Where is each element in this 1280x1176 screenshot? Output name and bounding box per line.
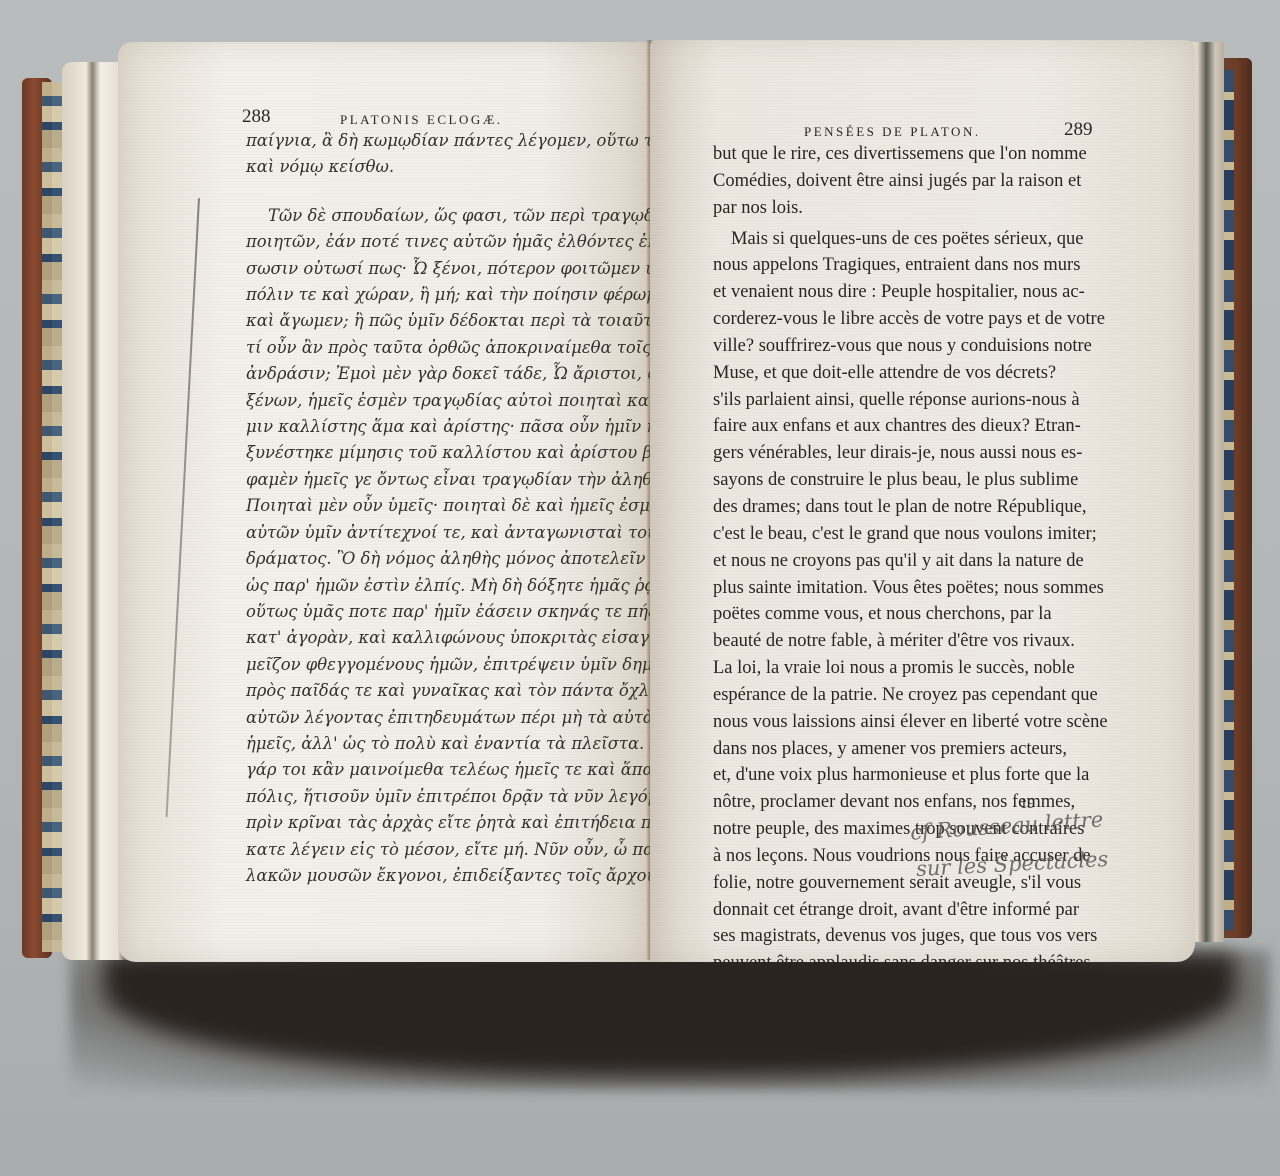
text-line: ses magistrats, devenus vos juges, que t… [713, 923, 1089, 950]
text-line: τί οὖν ἂν πρὸς ταῦτα ὀρθῶς ἀποκριναίμεθα… [246, 335, 644, 361]
text-line: peuvent être applaudis sans danger sur n… [713, 950, 1089, 977]
text-line: πρὸς παῖδάς τε καὶ γυναῖκας καὶ τὸν πάντ… [246, 678, 644, 704]
text-line: des drames; dans tout le plan de notre R… [713, 494, 1089, 521]
text-line [246, 181, 644, 203]
text-line: αὐτῶν ὑμῖν ἀντίτεχνοί τε, καὶ ἀνταγωνιστ… [246, 520, 644, 546]
text-line: Ποιηταὶ μὲν οὖν ὑμεῖς· ποιηταὶ δὲ καὶ ἡμ… [246, 493, 644, 519]
text-line: γάρ τοι κἂν μαινοίμεθα τελέως ἡμεῖς τε κ… [246, 757, 644, 783]
handwritten-line-1: cf Rousseau lettre [909, 807, 1104, 844]
text-line: ὡς παρ' ἡμῶν ἐστὶν ἐλπίς. Μὴ δὴ δόξητε ἡ… [246, 573, 644, 599]
text-line: Mais si quelques-uns de ces poëtes série… [713, 226, 1089, 253]
text-line: et venaient nous dire : Peuple hospitali… [713, 279, 1089, 306]
text-line: μιν καλλίστης ἅμα καὶ ἀρίστης· πᾶσα οὖν … [246, 414, 644, 440]
text-line: οὕτως ὑμᾶς ποτε παρ' ἡμῖν ἐάσειν σκηνάς … [246, 599, 644, 625]
left-marbled-board [42, 82, 64, 952]
text-line: αὐτῶν λέγοντας ἐπιτηδευμάτων πέρι μὴ τὰ … [246, 705, 644, 731]
text-line: ποιητῶν, ἐάν ποτέ τινες αὐτῶν ἡμᾶς ἐλθόν… [246, 229, 644, 255]
text-line: espérance de la patrie. Ne croyez pas ce… [713, 682, 1089, 709]
text-line: σωσιν οὑτωσί πως· Ὦ ξένοι, πότερον φοιτῶ… [246, 256, 644, 282]
text-line: μεῖζον φθεγγομένους ἡμῶν, ἐπιτρέψειν ὑμῖ… [246, 652, 644, 678]
text-line: δράματος. Ὃ δὴ νόμος ἀληθὴς μόνος ἀποτελ… [246, 546, 644, 572]
text-line: Comédies, doivent être ainsi jugés par l… [713, 168, 1089, 195]
text-line: φαμὲν ἡμεῖς γε ὄντως εἶναι τραγῳδίαν τὴν… [246, 467, 644, 493]
text-line: faire aux enfans et aux chantres des die… [713, 413, 1089, 440]
text-line: καὶ νόμῳ κείσθω. [246, 154, 644, 180]
text-line: πρὶν κρῖναι τὰς ἀρχὰς εἴτε ῥητὰ καὶ ἐπιτ… [246, 810, 644, 836]
text-line: et, d'une voix plus harmonieuse et plus … [713, 762, 1089, 789]
text-line: nous vous laissions ainsi élever en libe… [713, 709, 1089, 736]
text-line: La loi, la vraie loi nous a promis le su… [713, 655, 1089, 682]
text-line: et nous ne croyons pas qu'il y ait dans … [713, 548, 1089, 575]
text-line: dans nos places, y amener vos premiers a… [713, 736, 1089, 763]
text-line: beauté de notre fable, à mériter d'être … [713, 628, 1089, 655]
text-line: Τῶν δὲ σπουδαίων, ὥς φασι, τῶν περὶ τραγ… [246, 203, 644, 229]
text-line: par nos lois. [713, 195, 1089, 222]
handwritten-line-2: sur les Spectacles [916, 847, 1109, 881]
text-line: poëtes comme vous, et nous cherchons, pa… [713, 601, 1089, 628]
text-line: καὶ ἄγωμεν; ἢ πῶς ὑμῖν δέδοκται περὶ τὰ … [246, 308, 644, 334]
text-line: κατε λέγειν εἰς τὸ μέσον, εἴτε μή. Νῦν ο… [246, 837, 644, 863]
left-folio: 288 [242, 106, 271, 128]
text-line: παίγνια, ἃ δὴ κωμῳδίαν πάντες λέγομεν, ο… [246, 128, 644, 154]
text-line: πόλιν τε καὶ χώραν, ἢ μή; καὶ τὴν ποίησι… [246, 282, 644, 308]
right-running-head: PENSÉES DE PLATON. [804, 124, 981, 140]
handwritten-pencil-note: cf Rousseau lettre sur les Spectacles [910, 808, 1160, 898]
text-line: plus sainte imitation. Vous êtes poëtes;… [713, 575, 1089, 602]
text-line: πόλις, ἥτισοῦν ὑμῖν ἐπιτρέποι δρᾷν τὰ νῦ… [246, 784, 644, 810]
left-page-text: παίγνια, ἃ δὴ κωμῳδίαν πάντες λέγομεν, ο… [246, 128, 644, 889]
text-line: nous appelons Tragiques, entraient dans … [713, 252, 1089, 279]
text-line: c'est le beau, c'est le grand que nous v… [713, 521, 1089, 548]
left-running-head: PLATONIS ECLOGÆ. [340, 112, 503, 128]
text-line: ville? souffrirez-vous que nous y condui… [713, 333, 1089, 360]
text-line: corderez-vous le libre accès de votre pa… [713, 306, 1089, 333]
text-line: κατ' ἀγορὰν, καὶ καλλιφώνους ὑποκριτὰς ε… [246, 625, 644, 651]
text-line: ξένων, ἡμεῖς ἐσμὲν τραγῳδίας αὐτοὶ ποιητ… [246, 388, 644, 414]
text-line: ἡμεῖς, ἀλλ' ὡς τὸ πολὺ καὶ ἐναντία τὰ πλ… [246, 731, 644, 757]
text-line: Muse, et que doit-elle attendre de vos d… [713, 360, 1089, 387]
book-photo: 288 PLATONIS ECLOGÆ. παίγνια, ἃ δὴ κωμῳδ… [0, 0, 1280, 1176]
text-line: but que le rire, ces divertissemens que … [713, 141, 1089, 168]
right-folio: 289 [1064, 119, 1093, 141]
text-line: sayons de construire le plus beau, le pl… [713, 467, 1089, 494]
text-line: s'ils parlaient ainsi, quelle réponse au… [713, 387, 1089, 414]
text-line: ξυνέστηκε μίμησις τοῦ καλλίστου καὶ ἀρίσ… [246, 440, 644, 466]
text-line: gers vénérables, leur dirais-je, nous au… [713, 440, 1089, 467]
text-line: λακῶν μουσῶν ἔκγονοι, ἐπιδείξαντες τοῖς … [246, 863, 644, 889]
text-line: donnait cet étrange droit, avant d'être … [713, 897, 1089, 924]
text-line: ἀνδράσιν; Ἐμοὶ μὲν γὰρ δοκεῖ τάδε, Ὦ ἄρι… [246, 361, 644, 387]
